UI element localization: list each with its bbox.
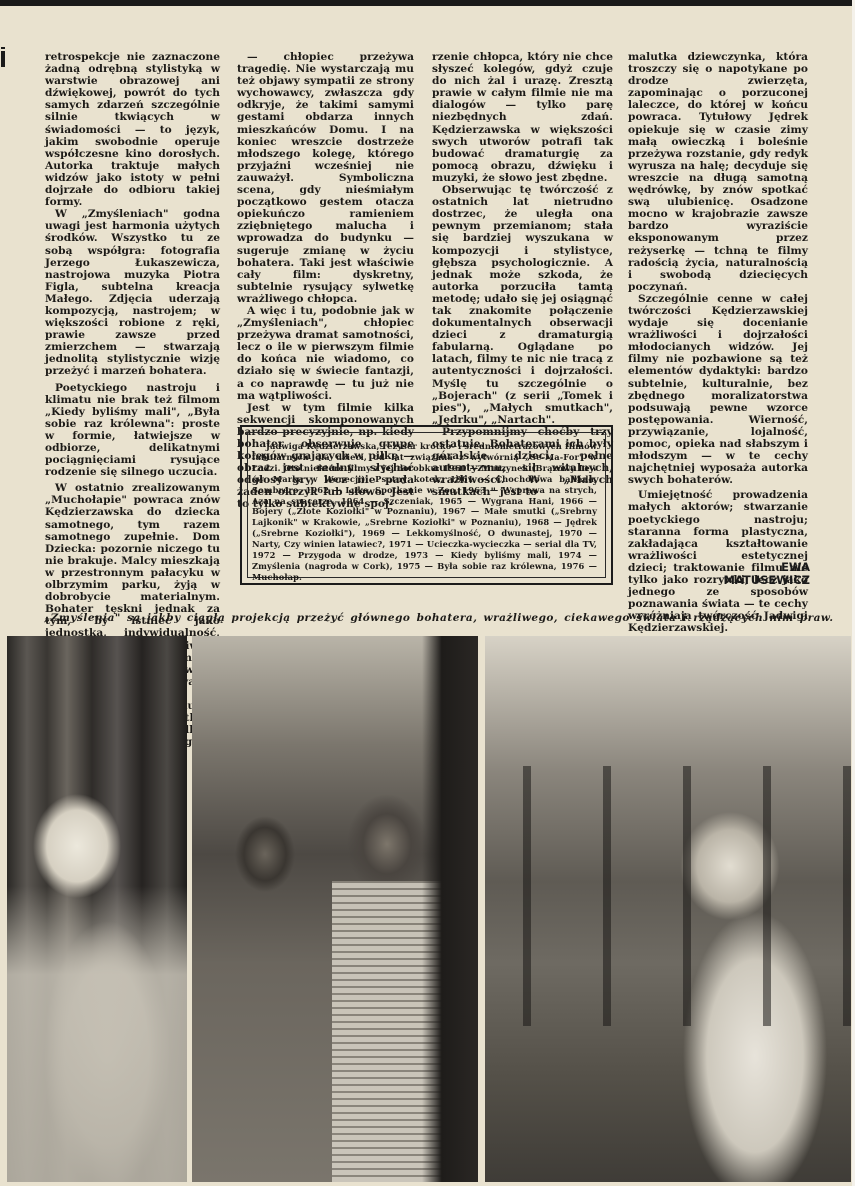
photo-caption: „Zmyślenia" są jakby ciągłą projekcją pr… [44, 612, 744, 624]
paragraph: A więc i tu, podobnie jak w „Zmyśleniach… [237, 305, 414, 402]
paragraph: Obserwując tę twórczość z ostatnich lat … [432, 184, 613, 426]
author-last-name: MATUSEWICZ [700, 574, 810, 587]
page-edge-tab [1, 51, 5, 67]
paragraph: Szczególnie cenne w całej twórczości Kęd… [628, 293, 808, 487]
photo-shading [7, 886, 187, 1182]
top-rule [0, 0, 852, 6]
paragraph: — chłopiec przeżywa tragedię. Nie wystar… [237, 51, 414, 305]
author-first-name: EWA [700, 561, 810, 574]
photo-boy-in-orchard [485, 636, 851, 1182]
filmography-text: Jadwiga Kędzierzawska, reżyser krótko- i… [252, 441, 597, 583]
photo-tree-trunk [422, 636, 478, 1182]
article-column-4: malutka dziewczynka, która troszczy się … [628, 51, 808, 635]
page-edge-marker [1, 47, 5, 49]
paragraph: Poetyckiego nastroju i klimatu nie brak … [45, 382, 220, 479]
author-signature: EWA MATUSEWICZ [700, 561, 810, 586]
photo-boy-by-wooden-wall [7, 636, 187, 1182]
photo-boy-and-girl-under-tree [192, 636, 478, 1182]
photo-orchard-trees [485, 766, 851, 1026]
paragraph: rzenie chłopca, który nie chce słyszeć k… [432, 51, 613, 184]
filmography-box: Jadwiga Kędzierzawska, reżyser krótko- i… [240, 425, 613, 585]
paragraph: retrospekcje nie zaznaczone żadną odrębn… [45, 51, 220, 208]
paragraph: W „Zmyśleniach" godna uwagi jest harmoni… [45, 208, 220, 377]
paragraph: malutka dziewczynka, która troszczy się … [628, 51, 808, 293]
